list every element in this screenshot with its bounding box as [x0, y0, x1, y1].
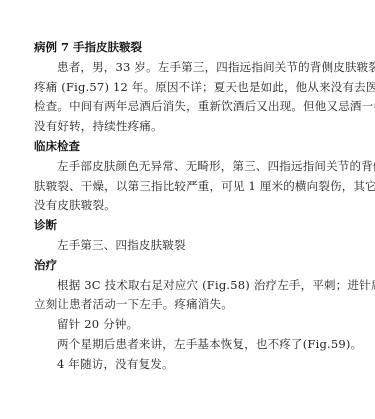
document-page: 病例 7 手指皮肤皲裂 患者，男，33 岁。左手第三，四指远指间关节的背侧皮肤皲…: [34, 38, 354, 375]
diagnosis-text: 左手第三、四指皮肤皲裂: [34, 236, 354, 256]
history-line: 疼痛 (Fig.57) 12 年。原因不详；夏天也是如此，他从来没有去医院: [34, 78, 354, 98]
treatment-line: 根据 3C 技术取右足对应穴 (Fig.58) 治疗左手，平刺；进针后: [34, 276, 354, 296]
retention-text: 留针 20 分钟。: [34, 315, 354, 335]
history-line: 患者，男，33 岁。左手第三，四指远指间关节的背侧皮肤皲裂，: [34, 58, 354, 78]
case-title: 病例 7 手指皮肤皲裂: [34, 38, 354, 58]
treatment-line: 立刻让患者活动一下左手。疼痛消失。: [34, 295, 354, 315]
treatment-heading: 治疗: [34, 256, 354, 276]
history-line: 检查。中间有两年忌酒后消失，重新饮酒后又出现。但他又忌酒一年了，: [34, 97, 354, 117]
exam-line: 没有皮肤皲裂。: [34, 196, 354, 216]
exam-heading: 临床检查: [34, 137, 354, 157]
exam-line: 肤皲裂、干燥，以第三指比较严重，可见 1 厘米的横向裂伤，其它部位: [34, 177, 354, 197]
history-line: 没有好转，持续性疼痛。: [34, 117, 354, 137]
followup-text: 两个星期后患者来讲，左手基本恢复，也不疼了(Fig.59)。: [34, 335, 354, 355]
diagnosis-heading: 诊断: [34, 216, 354, 236]
followup-text: 4 年随访，没有复发。: [34, 355, 354, 375]
exam-line: 左手部皮肤颜色无异常、无畸形，第三、四指远指间关节的背侧皮: [34, 157, 354, 177]
